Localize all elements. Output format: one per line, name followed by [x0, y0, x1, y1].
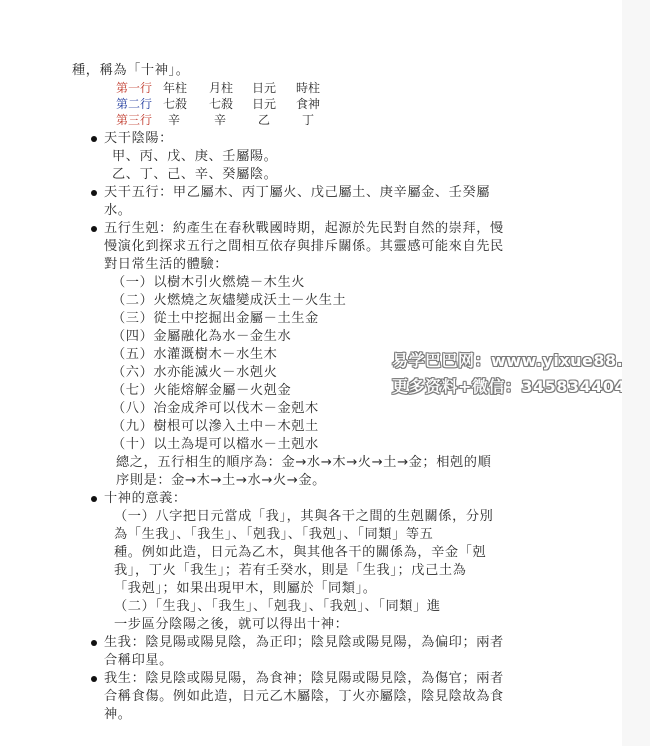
pillar-cell: 乙 [258, 112, 270, 128]
wosheng-line: 我生：陰見陰或陽見陽，為食神；陰見陽或陽見陰，為傷官；兩者 [104, 670, 504, 688]
section-title-yinyang: 天干陰陽： [104, 130, 173, 148]
pillar-row-2: 第二行 七殺 七殺 日元 食神 [116, 96, 356, 112]
shengke-line: 對日常生活的體驗： [104, 256, 228, 274]
shishen-line: 我」，丁火「我生」；若有壬癸水，則是「生我」；戊己土為 [114, 562, 466, 580]
shengke-summary: 總之，五行相生的順序為：金→水→木→火→土→金；相剋的順 [116, 454, 491, 472]
yinyang-line: 甲、丙、戊、庚、壬屬陽。 [112, 148, 277, 166]
shengke-line: 五行生剋：約產生在春秋戰國時期，起源於先民對自然的崇拜，慢 [104, 220, 504, 238]
watermark-website: 易学巴巴网：www.yixue88.cn [392, 348, 645, 371]
shengke-item: （六）水亦能滅火－水剋火 [112, 364, 277, 382]
pillar-cell: 食神 [296, 96, 320, 112]
watermark-contact: 更多资料+微信：3458344044 [392, 374, 638, 397]
shengke-item: （七）火能熔解金屬－火剋金 [112, 382, 291, 400]
pillar-cell: 丁 [302, 112, 314, 128]
page-margin-strip [622, 0, 650, 746]
shengke-summary: 序則是：金→木→土→水→火→金。 [116, 472, 326, 490]
shengwo-line: 合稱印星。 [104, 652, 173, 670]
wosheng-line: 合稱食傷。例如此造，日元乙木屬陰，丁火亦屬陰，陰見陰故為食 [104, 688, 504, 706]
shishen-line: （二）「生我」、「我生」、「剋我」、「我剋」、「同類」進 [114, 598, 441, 616]
bullet-icon [91, 226, 97, 232]
pillar-cell: 時柱 [296, 80, 320, 96]
wuxing-line: 水。 [104, 202, 132, 220]
shengke-line: 慢演化到探求五行之間相互依存與排斥關係。其靈感可能來自先民 [104, 238, 504, 256]
shengke-item: （四）金屬融化為水－金生水 [112, 328, 291, 346]
pillar-cell: 七殺 [209, 96, 233, 112]
pillar-cell: 年柱 [163, 80, 187, 96]
shengke-item: （三）從土中挖掘出金屬－土生金 [112, 310, 319, 328]
pillar-cell: 七殺 [163, 96, 187, 112]
shishen-line: （一）八字把日元當成「我」，其與各干之間的生剋關係，分別 [114, 508, 493, 526]
pillar-row-3: 第三行 辛 辛 乙 丁 [116, 112, 356, 128]
shengke-item: （十）以土為堤可以檔水－土剋水 [112, 436, 319, 454]
shengke-item: （五）水灌溉樹木－水生木 [112, 346, 277, 364]
shengke-item: （二）火燃燒之灰燼變成沃土－火生土 [112, 292, 346, 310]
shishen-line: 種。例如此造，日元為乙木，與其他各干的關係為，辛金「剋 [114, 544, 486, 562]
bullet-icon [91, 676, 97, 682]
row-label: 第一行 [116, 80, 152, 96]
bullet-icon [91, 640, 97, 646]
wosheng-line: 神。 [104, 706, 132, 724]
row-label: 第二行 [116, 96, 152, 112]
pillar-cell: 辛 [214, 112, 226, 128]
pillar-cell: 日元 [252, 80, 276, 96]
shengwo-line: 生我：陰見陽或陽見陰，為正印；陰見陰或陽見陽，為偏印；兩者 [104, 634, 504, 652]
bullet-icon [91, 136, 97, 142]
yinyang-line: 乙、丁、己、辛、癸屬陰。 [112, 166, 277, 184]
wuxing-line: 天干五行：甲乙屬木、丙丁屬火、戊己屬土、庚辛屬金、壬癸屬 [104, 184, 490, 202]
bullet-icon [91, 496, 97, 502]
shishen-line: 為「生我」、「我生」、「剋我」、「我剋」、「同類」等五 [114, 526, 433, 544]
row-label: 第三行 [116, 112, 152, 128]
shengke-item: （一）以樹木引火燃燒－木生火 [112, 274, 305, 292]
pillar-cell: 辛 [168, 112, 180, 128]
document-page: 種，稱為「十神」。 第一行 年柱 月柱 日元 時柱 第二行 七殺 七殺 日元 食… [0, 0, 622, 746]
shengke-item: （九）樹根可以滲入土中－木剋土 [112, 418, 319, 436]
pillar-cell: 月柱 [209, 80, 233, 96]
shengke-item: （八）冶金成斧可以伐木－金剋木 [112, 400, 319, 418]
pillar-cell: 日元 [252, 96, 276, 112]
shishen-line: 一步區分陰陽之後，就可以得出十神： [114, 616, 348, 634]
intro-line: 種，稱為「十神」。 [72, 62, 190, 80]
pillar-row-1: 第一行 年柱 月柱 日元 時柱 [116, 80, 356, 96]
shishen-line: 「我剋」；如果出現甲木，則屬於「同類」。 [114, 580, 377, 598]
section-title-shishen: 十神的意義： [104, 490, 187, 508]
bullet-icon [91, 190, 97, 196]
